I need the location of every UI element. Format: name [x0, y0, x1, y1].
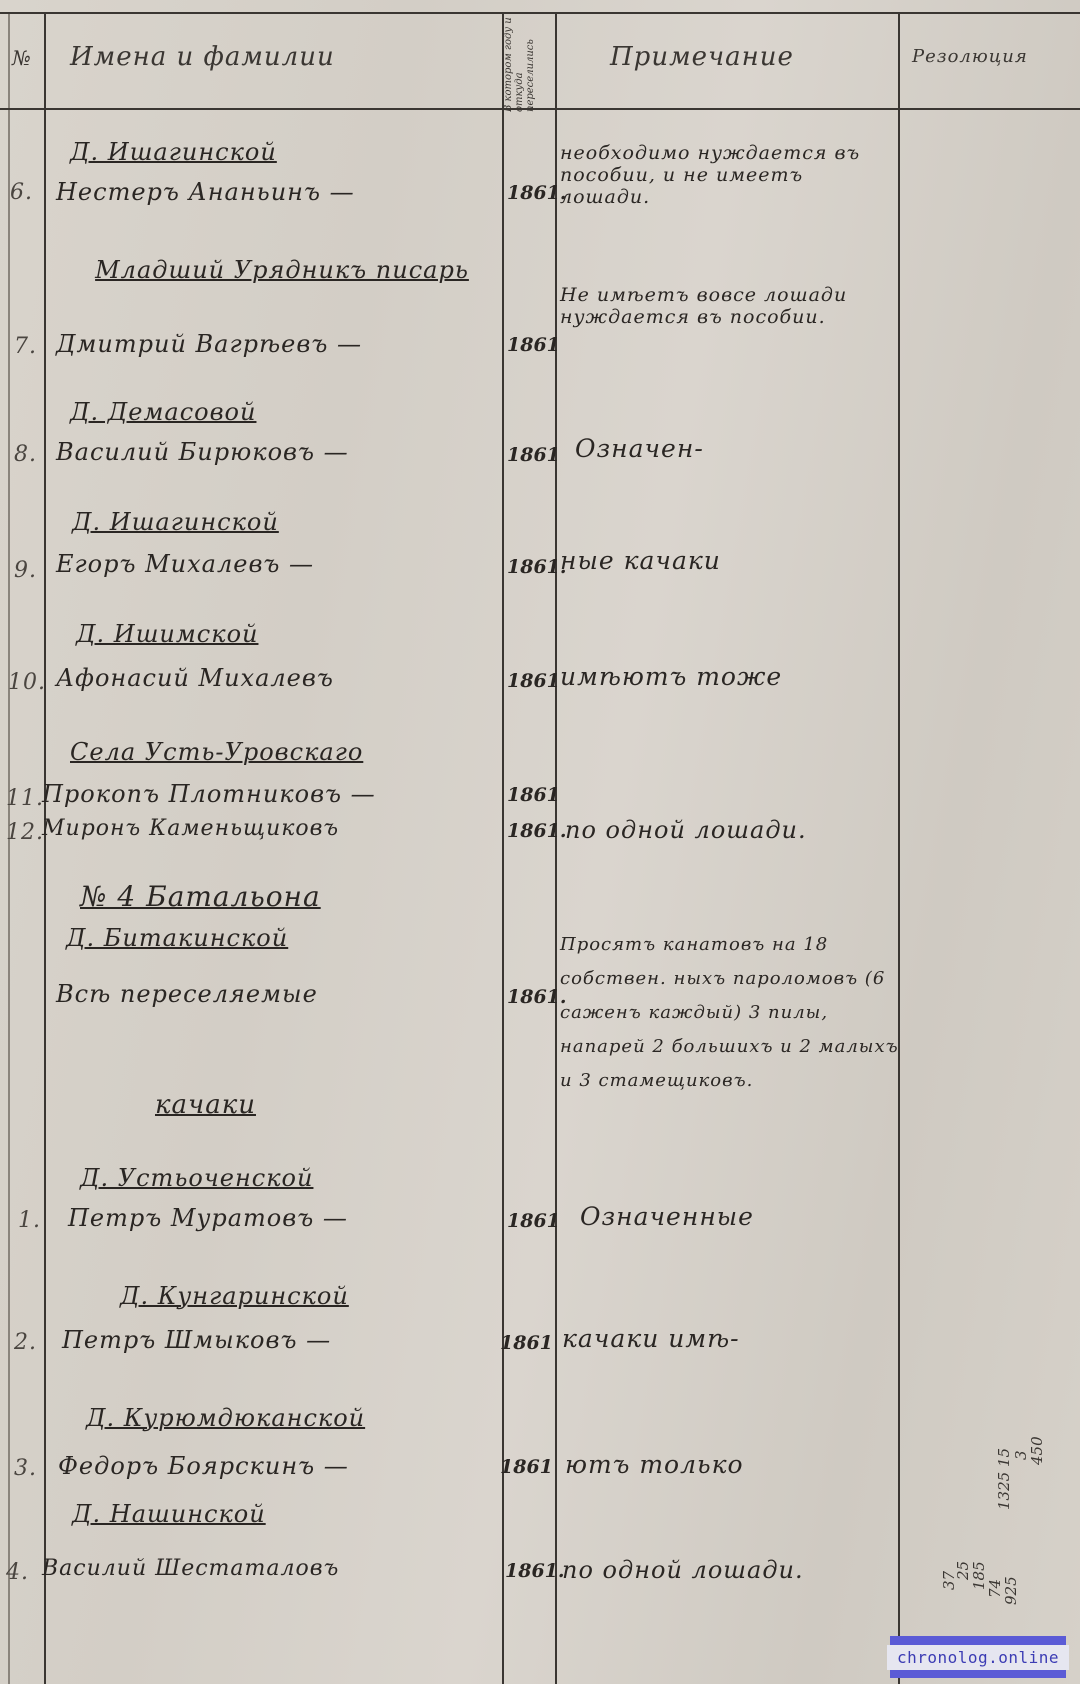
entry-name: Егоръ Михалевъ — — [56, 550, 314, 578]
entry-year: 1861 — [507, 334, 560, 356]
entry-name: Дмитрий Вагрѣевъ — — [56, 330, 362, 358]
village-label: Д. Устьоченской — [80, 1164, 313, 1192]
entry-note: по одной лошади. — [565, 816, 807, 844]
entry-name: Афонасий Михалевъ — [56, 664, 334, 692]
entry-year: 1861. — [507, 820, 567, 842]
village-label: Д. Нашинской — [72, 1500, 266, 1528]
entry-name: Миронъ Каменьщиковъ — [42, 816, 339, 841]
entry-note: необходимо нуждается въ пособии, и не им… — [560, 142, 900, 208]
entry-number: 7. — [14, 334, 37, 359]
margin-calculation: 1325 15 3 450 37 25 185 74 925 — [940, 1420, 1050, 1600]
village-label: Д. Битакинской — [66, 924, 288, 952]
entry-year: 1861 — [507, 784, 560, 806]
kachaki-heading: качаки — [155, 1090, 256, 1120]
entry-number: 12. — [6, 820, 44, 845]
entry-note: Означенные — [580, 1202, 754, 1231]
entry-name: Василий Бирюковъ — — [56, 438, 349, 466]
entry-number: 4. — [6, 1560, 29, 1585]
battalion-year: 1861. — [507, 986, 567, 1008]
battalion-note: Просятъ канатовъ на 18 собствен. ныхъ па… — [560, 928, 900, 1098]
entry-number: 10. — [8, 670, 46, 695]
rule-col-4 — [898, 12, 900, 1684]
entry-number: 11. — [6, 786, 44, 811]
entry-name: Нестеръ Ананьинъ — — [56, 178, 355, 206]
entry-number: 8. — [14, 442, 37, 467]
entry-year: 1861 — [507, 670, 560, 692]
village-label: Д. Демасовой — [70, 398, 256, 426]
header-resolution: Резолюция — [912, 46, 1028, 67]
header-year: В котором году и откуда переселились — [503, 12, 553, 112]
entry-name: Федоръ Боярскинъ — — [58, 1452, 349, 1480]
entry-note: имѣютъ тоже — [560, 662, 782, 691]
header-number: № — [12, 46, 32, 70]
entry-number: 1. — [18, 1208, 41, 1233]
entry-number: 2. — [14, 1330, 37, 1355]
entry-year: 1861 — [500, 1332, 553, 1354]
entry-note: ютъ только — [565, 1450, 744, 1479]
village-label: Д. Ишимской — [76, 620, 258, 648]
entry-year: 1861. — [507, 556, 567, 578]
rule-col-1 — [44, 12, 46, 1684]
entry-note: качаки имѣ- — [562, 1324, 740, 1353]
entry-name: Василий Шестаталовъ — [42, 1556, 339, 1581]
entry-year: 1861 — [500, 1456, 553, 1478]
entry-number: 6. — [10, 180, 33, 205]
entry-year: 1861 — [507, 444, 560, 466]
entry-year: 1861 — [507, 1210, 560, 1232]
village-label: Младший Урядникъ писарь — [72, 250, 492, 290]
entry-note: Означен- — [575, 434, 704, 463]
entry-number: 3. — [14, 1456, 37, 1481]
entry-year: 1861. — [507, 182, 567, 204]
entry-note: Не имѣетъ вовсе лошади нуждается въ посо… — [560, 284, 900, 328]
entry-number: 9. — [14, 558, 37, 583]
village-label: Села Усть-Уровскаго — [70, 738, 363, 766]
rule-left-edge — [8, 12, 10, 1684]
rule-col-3 — [555, 12, 557, 1684]
entry-note: по одной лошади. — [562, 1556, 804, 1584]
header-names: Имена и фамилии — [70, 42, 335, 72]
village-label: Д. Кунгаринской — [120, 1282, 349, 1310]
entry-name: Петръ Шмыковъ — — [62, 1326, 331, 1354]
entry-year: 1861. — [505, 1560, 565, 1582]
entry-note: ные качаки — [560, 546, 721, 575]
watermark-badge: chronolog.online — [890, 1636, 1066, 1678]
battalion-name: Всѣ переселяемые — [56, 980, 318, 1008]
village-label: Д. Курюмдюканской — [86, 1404, 365, 1432]
battalion-title: № 4 Батальона — [80, 880, 321, 913]
entry-name: Петръ Муратовъ — — [68, 1204, 348, 1232]
entry-name: Прокопъ Плотниковъ — — [42, 780, 376, 808]
watermark-text: chronolog.online — [887, 1645, 1069, 1670]
village-label: Д. Ишагинской — [70, 138, 277, 166]
rule-col-2 — [502, 12, 504, 1684]
village-label: Д. Ишагинской — [72, 508, 279, 536]
document-page: № Имена и фамилии В котором году и откуд… — [0, 0, 1080, 1684]
header-notes: Примечание — [610, 42, 794, 72]
